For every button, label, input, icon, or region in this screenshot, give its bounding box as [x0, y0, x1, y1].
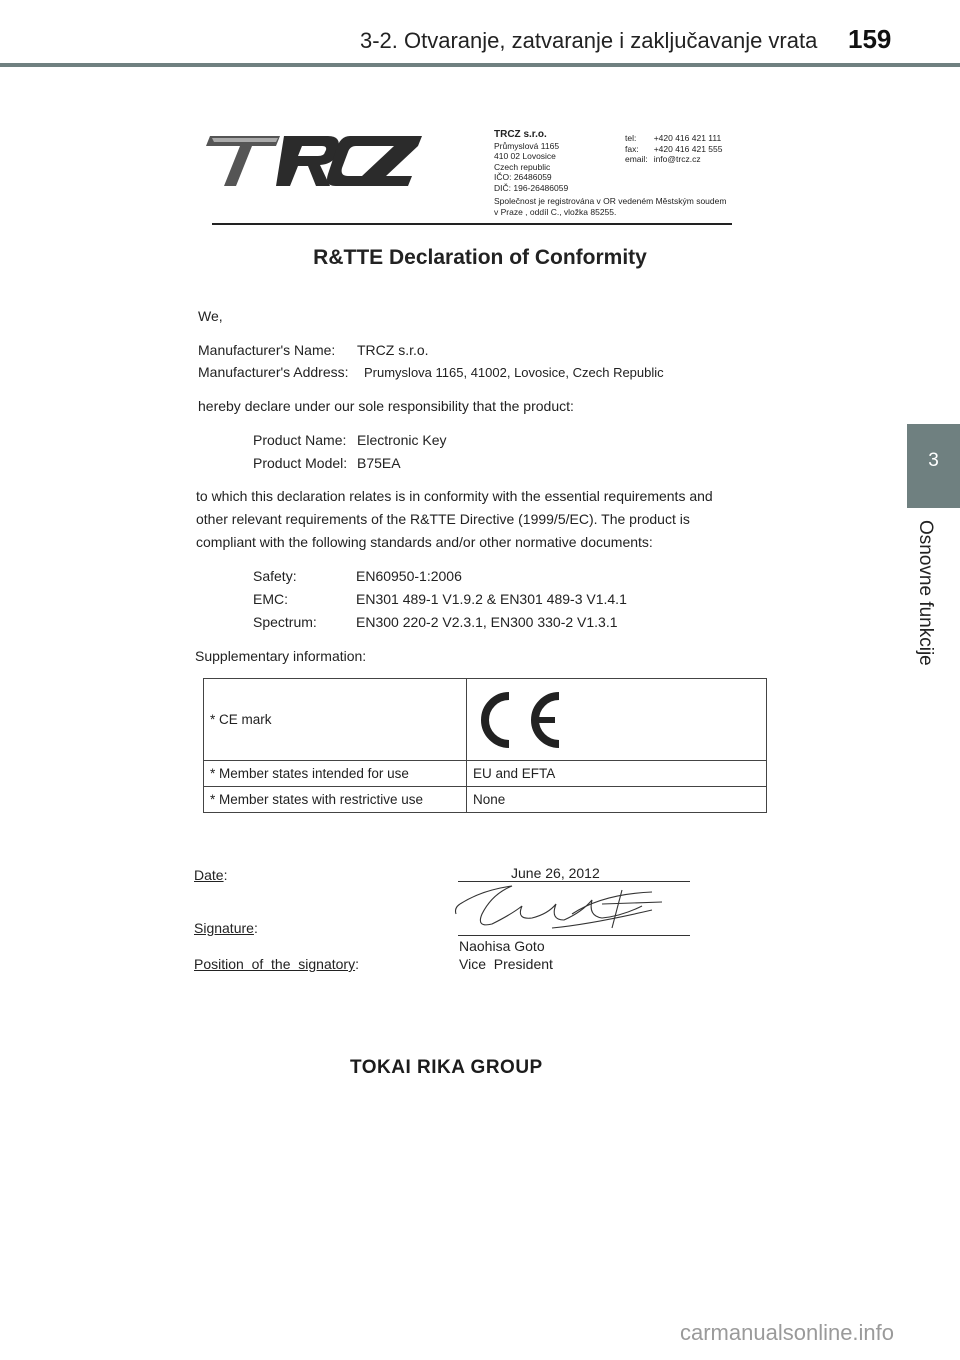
contact-label: email:: [625, 154, 654, 165]
product-model-label: Product Model:: [253, 455, 347, 471]
letterhead-divider: [212, 223, 732, 225]
supplementary-table: * CE mark * Member states intended for u…: [203, 678, 767, 813]
table-cell-label: * Member states intended for use: [204, 761, 467, 787]
contact-value: +420 416 421 555: [654, 144, 729, 155]
table-cell-value: EU and EFTA: [467, 761, 767, 787]
registration-line: Společnost je registrována v OR vedeném …: [494, 196, 726, 207]
contact-value: info@trcz.cz: [654, 154, 729, 165]
signature-line: [458, 935, 690, 936]
manufacturer-address-value: Prumyslova 1165, 41002, Lovosice, Czech …: [364, 365, 664, 380]
chapter-label: Osnovne funkcije: [914, 520, 936, 666]
registration-note: Společnost je registrována v OR vedeném …: [494, 196, 726, 217]
header-divider: [0, 63, 960, 67]
registration-line: v Praze , oddíl C., vložka 85255.: [494, 207, 726, 218]
table-row: * Member states with restrictive use Non…: [204, 787, 767, 813]
date-label-text: Date: [194, 867, 224, 883]
standard-label: Safety:: [253, 568, 297, 584]
ico-number: IČO: 26486059: [494, 172, 568, 183]
product-name-value: Electronic Key: [357, 432, 446, 448]
table-cell-value: [467, 679, 767, 761]
dic-number: DIČ: 196-26486059: [494, 183, 568, 194]
declaration-statement: hereby declare under our sole responsibi…: [198, 398, 574, 414]
intro-we: We,: [198, 308, 223, 324]
signature-image: [452, 884, 682, 936]
standard-value: EN300 220-2 V2.3.1, EN300 330-2 V1.3.1: [356, 614, 618, 630]
letterhead-contact: tel:+420 416 421 111 fax:+420 416 421 55…: [625, 133, 728, 165]
product-name-label: Product Name:: [253, 432, 346, 448]
date-label: Date:: [194, 867, 227, 883]
signature-label: Signature:: [194, 920, 258, 936]
contact-label: fax:: [625, 144, 654, 155]
position-value: Vice President: [459, 956, 553, 972]
table-cell-value: None: [467, 787, 767, 813]
contact-value: +420 416 421 111: [654, 133, 729, 144]
conformity-line: other relevant requirements of the R&TTE…: [196, 511, 690, 527]
manufacturer-address-label: Manufacturer's Address:: [198, 364, 349, 380]
standard-value: EN60950-1:2006: [356, 568, 462, 584]
contact-label: tel:: [625, 133, 654, 144]
chapter-number: 3: [907, 450, 960, 472]
page-number: 159: [848, 24, 891, 55]
manufacturer-name-label: Manufacturer's Name:: [198, 342, 335, 358]
letterhead-address: TRCZ s.r.o. Průmyslová 1165 410 02 Lovos…: [494, 130, 568, 193]
conformity-line: compliant with the following standards a…: [196, 534, 653, 550]
address-line: Průmyslová 1165: [494, 141, 568, 152]
product-model-value: B75EA: [357, 455, 401, 471]
date-value: June 26, 2012: [511, 865, 600, 881]
watermark[interactable]: carmanualsonline.info: [680, 1320, 894, 1346]
trcz-logo: [200, 132, 425, 190]
section-title: 3-2. Otvaranje, zatvaranje i zaključavan…: [360, 28, 817, 54]
table-cell-label: * CE mark: [204, 679, 467, 761]
company-name: TRCZ s.r.o.: [494, 130, 568, 141]
supplementary-heading: Supplementary information:: [195, 648, 366, 664]
table-cell-label: * Member states with restrictive use: [204, 787, 467, 813]
signature-label-text: Signature: [194, 920, 254, 936]
tokai-rika-logo: TOKAI RIKA GROUP: [350, 1057, 543, 1079]
address-line: 410 02 Lovosice: [494, 151, 568, 162]
document-title: R&TTE Declaration of Conformity: [0, 246, 960, 270]
ce-mark-icon: [473, 692, 563, 748]
manufacturer-name-value: TRCZ s.r.o.: [357, 342, 429, 358]
table-row: * CE mark: [204, 679, 767, 761]
table-row: * Member states intended for use EU and …: [204, 761, 767, 787]
standard-label: EMC:: [253, 591, 288, 607]
position-label-text: Position of the signatory: [194, 956, 355, 972]
signatory-name: Naohisa Goto: [459, 938, 545, 954]
standard-label: Spectrum:: [253, 614, 317, 630]
conformity-line: to which this declaration relates is in …: [196, 488, 713, 504]
address-line: Czech republic: [494, 162, 568, 173]
date-line: [458, 881, 690, 882]
standard-value: EN301 489-1 V1.9.2 & EN301 489-3 V1.4.1: [356, 591, 627, 607]
chapter-tab[interactable]: 3: [907, 424, 960, 508]
position-label: Position of the signatory:: [194, 956, 359, 972]
